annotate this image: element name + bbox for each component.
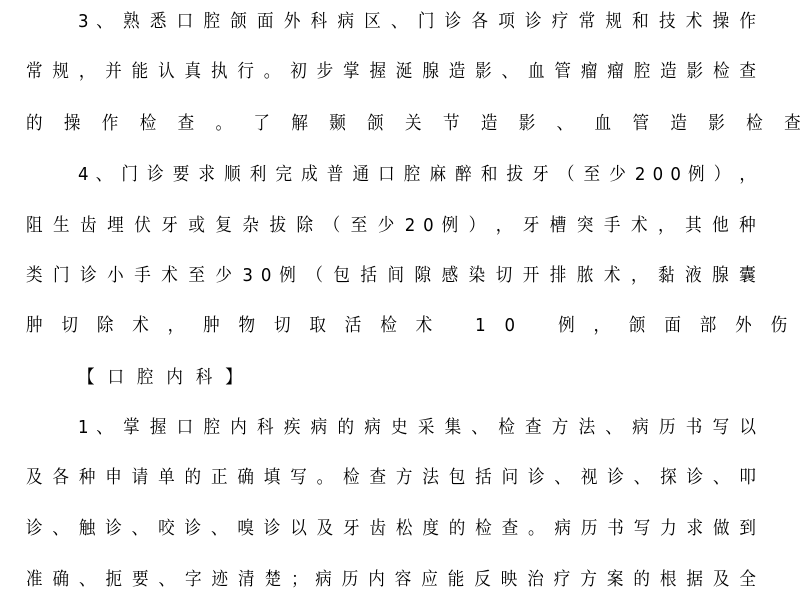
paragraph-1-line-4: 准 确 、 扼 要 、 字 迹 清 楚 ； 病 历 内 容 应 能 反 映 治 … (26, 568, 756, 592)
paragraph-3-line-2: 常 规 ， 并 能 认 真 执 行 。 初 步 掌 握 涎 腺 造 影 、 血 … (26, 60, 756, 84)
paragraph-1-line-2: 及 各 种 申 请 单 的 正 确 填 写 。 检 查 方 法 包 括 问 诊 … (26, 466, 756, 490)
paragraph-3-line-1: 3 、 熟 悉 口 腔 颌 面 外 科 病 区 、 门 诊 各 项 诊 疗 常 … (78, 10, 756, 34)
paragraph-1-line-3: 诊 、 触 诊 、 咬 诊 、 嗅 诊 以 及 牙 齿 松 度 的 检 查 。 … (26, 517, 756, 541)
paragraph-1-line-1: 1 、 掌 握 口 腔 内 科 疾 病 的 病 史 采 集 、 检 查 方 法 … (78, 416, 756, 440)
paragraph-4-line-3: 类 门 诊 小 手 术 至 少 3 0 例 （ 包 括 间 隙 感 染 切 开 … (26, 264, 756, 288)
paragraph-4-line-2: 阻 生 齿 埋 伏 牙 或 复 杂 拔 除 （ 至 少 2 0 例 ） ， 牙 … (26, 214, 756, 238)
paragraph-3-line-3: 的操作检查。了解颞颌关节造影、血管造影检查的操作过程。 (26, 112, 805, 136)
section-heading-oral-medicine: 【口腔内科】 (78, 366, 255, 390)
paragraph-4-line-1: 4 、 门 诊 要 求 顺 利 完 成 普 通 口 腔 麻 醉 和 拔 牙 （ … (78, 163, 756, 187)
paragraph-4-line-4: 肿切除术，肿物切取活检术 10 例，颌面部外伤清创缝合术）。 (26, 314, 805, 338)
